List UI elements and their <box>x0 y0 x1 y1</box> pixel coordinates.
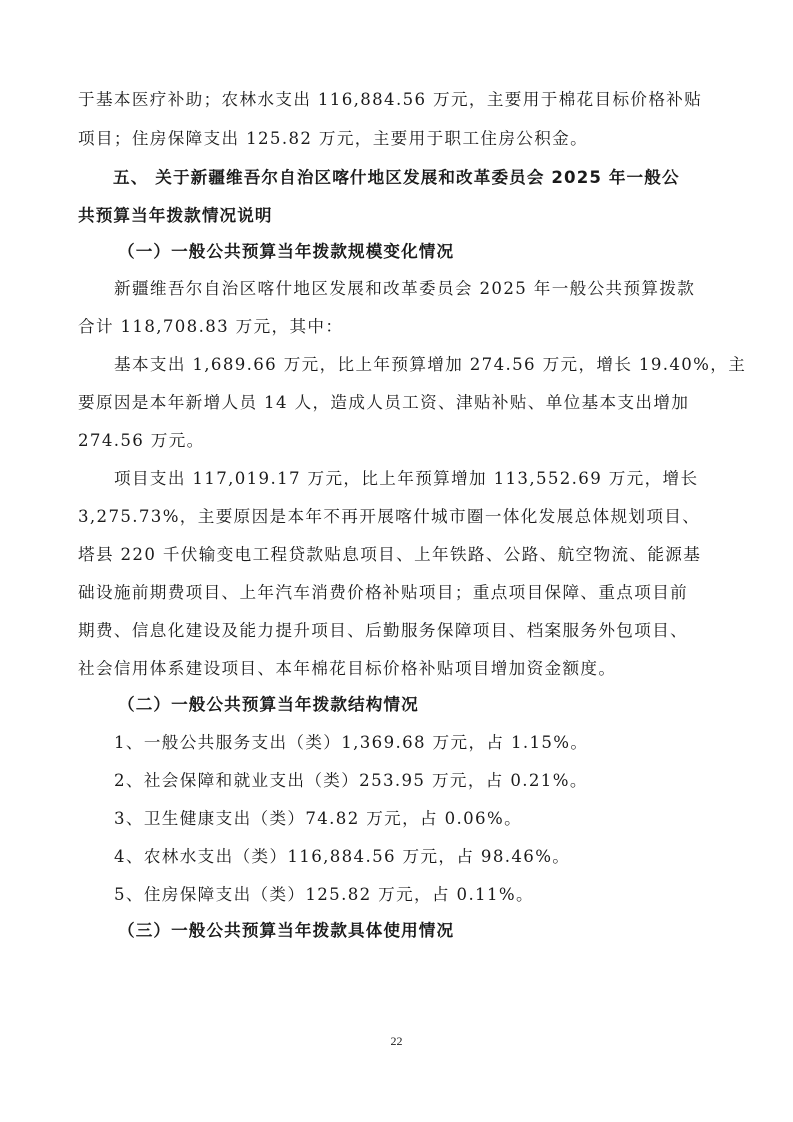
body-text-line: 3,275.73%，主要原因是本年不再开展喀什城市圈一体化发展总体规划项目、 <box>78 506 700 528</box>
body-text-line: 础设施前期费项目、上年汽车消费价格补贴项目；重点项目保障、重点项目前 <box>78 582 688 604</box>
list-item: 4、农林水支出（类）116,884.56 万元，占 98.46%。 <box>114 846 570 868</box>
list-item: 2、社会保障和就业支出（类）253.95 万元，占 0.21%。 <box>114 770 588 792</box>
body-text-line: 期费、信息化建设及能力提升项目、后勤服务保障项目、档案服务外包项目、 <box>78 620 688 642</box>
body-text-line: 于基本医疗补助；农林水支出 116,884.56 万元，主要用于棉花目标价格补贴 <box>78 89 702 111</box>
body-text-line: 274.56 万元。 <box>78 430 205 452</box>
body-text-line: 项目支出 117,019.17 万元，比上年预算增加 113,552.69 万元… <box>114 468 698 490</box>
body-text-line: 社会信用体系建设项目、本年棉花目标价格补贴项目增加资金额度。 <box>78 658 616 680</box>
section-heading-continued: 共预算当年拨款情况说明 <box>78 205 273 227</box>
body-text-line: 塔县 220 千伏输变电工程贷款贴息项目、上年铁路、公路、航空物流、能源基 <box>78 544 701 566</box>
list-item: 1、一般公共服务支出（类）1,369.68 万元，占 1.15%。 <box>114 732 588 754</box>
list-item: 5、住房保障支出（类）125.82 万元，占 0.11%。 <box>114 884 534 906</box>
subsection-heading: （二）一般公共预算当年拨款结构情况 <box>118 694 419 716</box>
body-text-line: 基本支出 1,689.66 万元，比上年预算增加 274.56 万元，增长 19… <box>114 354 746 376</box>
body-text-line: 合计 118,708.83 万元，其中： <box>78 316 343 338</box>
subsection-heading: （三）一般公共预算当年拨款具体使用情况 <box>118 920 454 942</box>
subsection-heading: （一）一般公共预算当年拨款规模变化情况 <box>118 241 454 263</box>
page-number: 22 <box>0 1034 793 1049</box>
body-text-line: 项目；住房保障支出 125.82 万元，主要用于职工住房公积金。 <box>78 128 588 150</box>
list-item: 3、卫生健康支出（类）74.82 万元，占 0.06%。 <box>114 808 522 830</box>
body-text-line: 新疆维吾尔自治区喀什地区发展和改革委员会 2025 年一般公共预算拨款 <box>114 278 695 300</box>
body-text-line: 要原因是本年新增人员 14 人，造成人员工资、津贴补贴、单位基本支出增加 <box>78 392 689 414</box>
section-heading: 五、 关于新疆维吾尔自治区喀什地区发展和改革委员会 2025 年一般公 <box>113 167 680 189</box>
